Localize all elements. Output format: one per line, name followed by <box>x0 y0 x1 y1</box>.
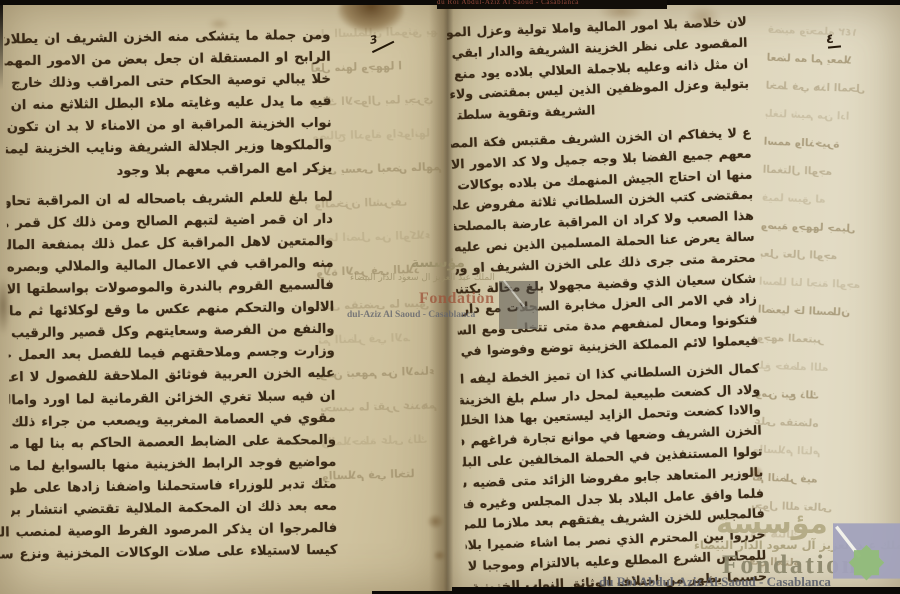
manuscript-line: والملاحظة على ذلك <box>321 432 450 470</box>
manuscript-scan: وبل السلطان الموثق بهالعل منها وجهها الم… <box>0 0 900 594</box>
manuscript-line: يزكر امع المراقب معهم بلا وجود الومي اكل <box>117 160 332 185</box>
manuscript-line: الشريفة وتقوية سلطتهم <box>457 102 596 128</box>
left-page-number: 3 <box>369 33 379 47</box>
top-edge-watermark-text: du Roi Abdul-Aziz Al Saoud - Casablanca <box>437 0 667 6</box>
right-page-number-mark: ٤ <box>826 32 841 48</box>
manuscript-line: لعضا مه لم يعملا <box>766 52 868 84</box>
foundation-logo-icon <box>833 523 900 594</box>
manuscript-line: بلغنا شيم من ادا <box>764 108 900 141</box>
right-page-number: ٤ <box>826 32 834 47</box>
right-page-text-column: لان خلاصة بلا امور المالية واملا تولية و… <box>447 14 768 594</box>
manuscript-line: المغتال الوجه <box>762 164 864 196</box>
manuscript-line: بلغ حفظه الله <box>755 360 896 393</box>
scan-edge-left <box>0 0 3 90</box>
right-margin-bleedthrough-text: قضيه وتحمله ١٤٢لعضا مه لم يعملالخط في هذ… <box>748 24 900 589</box>
left-page-text-column: ومن جملة ما يتشكى منه الخزن الشريف ان يط… <box>4 28 337 570</box>
manuscript-line: فيما سبق له <box>761 192 900 225</box>
manuscript-line: اسطا لنا لجنة الوجه <box>758 276 860 308</box>
manuscript-line: بحسب ما تقرر عندهم <box>320 398 449 436</box>
manuscript-line: على مقتضى ما سبق <box>317 296 446 334</box>
scan-edge-top-strip: du Roi Abdul-Aziz Al Saoud - Casablanca <box>437 0 667 9</box>
manuscript-line: ومن تبع ذلك <box>754 388 856 420</box>
logo-eight-point-star <box>849 545 885 581</box>
manuscript-line: ولاة الامر في البلاد <box>316 262 445 300</box>
manuscript-line: ومن تبعهم من الامناء <box>319 364 448 402</box>
manuscript-line: والسلام التام <box>752 443 893 476</box>
manuscript-line: فيما اتصل من الوكلاء <box>315 228 444 266</box>
scan-edge-bottom <box>452 587 900 594</box>
